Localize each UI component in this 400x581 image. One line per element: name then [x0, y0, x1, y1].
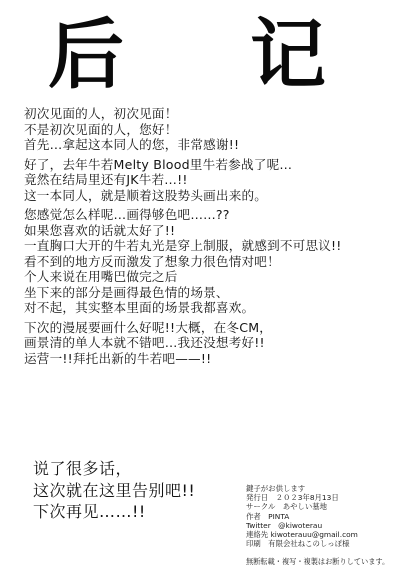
text-line: 运营一!!拜托出新的牛若吧——!! [24, 351, 394, 367]
farewell-message: 说了很多话， 这次就在这里告别吧!! 下次再见……!! [33, 458, 233, 523]
paragraph-greeting: 初次见面的人，初次见面！ 不是初次见面的人，您好！ 首先…拿起这本同人的您，非常… [24, 106, 394, 153]
text-line: 看不到的地方反而激发了想象力很色情对吧！ [24, 254, 394, 270]
colophon-publish-date: 発行日 ２０２3年8月13日 [246, 493, 396, 502]
colophon-printer: 印刷 有限会社ねこのしっぽ様 [246, 539, 396, 548]
text-line: 一直胸口大开的牛若丸光是穿上制服，就感到不可思议!! [24, 238, 394, 254]
text-line: 这一本同人，就是顺着这股势头画出来的。 [24, 188, 394, 204]
colophon-author: 作者 PINTA [246, 512, 396, 521]
colophon-line: 鍵子がお供します [246, 484, 396, 493]
text-line: 说了很多话， [33, 458, 233, 480]
text-line: 坐下来的部分是画得最色情的场景、 [24, 285, 394, 301]
text-line: 竟然在结局里还有JK牛若…!! [24, 172, 394, 188]
text-line: 下次再见……!! [33, 501, 233, 523]
colophon-contact: 連絡先 kiwoterauu@gmail.com [246, 530, 396, 539]
afterword-body: 初次见面的人，初次见面！ 不是初次见面的人，您好！ 首先…拿起这本同人的您，非常… [24, 106, 394, 370]
text-line: 这次就在这里告别吧!! [33, 480, 233, 502]
copyright-notice: 無断転載・複写・複製はお断りしています。 [246, 557, 389, 566]
text-line: 不是初次见面的人，您好！ [24, 122, 394, 138]
paragraph-next-event: 下次的漫展要画什么好呢!!大概，在冬CM， 画景清的单人本就不错吧…我还没想考好… [24, 320, 394, 367]
text-line: 您感觉怎么样呢…画得够色吧……?? [24, 207, 394, 223]
text-line: 好了，去年牛若Melty Blood里牛若参战了呢… [24, 157, 394, 173]
page-title-char-1: 后 [48, 10, 124, 100]
text-line: 画景清的单人本就不错吧…我还没想考好!! [24, 335, 394, 351]
text-line: 对不起，其实整本里面的场景我都喜欢。 [24, 300, 394, 316]
text-line: 个人来说在用嘴巴做完之后 [24, 269, 394, 285]
colophon: 鍵子がお供します 発行日 ２０２3年8月13日 サークル あやしい墓地 作者 P… [246, 484, 396, 548]
paragraph-impressions: 您感觉怎么样呢…画得够色吧……?? 如果您喜欢的话就太好了!! 一直胸口大开的牛… [24, 207, 394, 316]
paragraph-background: 好了，去年牛若Melty Blood里牛若参战了呢… 竟然在结局里还有JK牛若…… [24, 157, 394, 204]
text-line: 首先…拿起这本同人的您，非常感谢!! [24, 137, 394, 153]
text-line: 初次见面的人，初次见面！ [24, 106, 394, 122]
colophon-twitter: Twitter @kiwoterau [246, 521, 396, 530]
colophon-circle: サークル あやしい墓地 [246, 502, 396, 511]
page-title-char-2: 记 [250, 10, 326, 100]
text-line: 如果您喜欢的话就太好了!! [24, 223, 394, 239]
text-line: 下次的漫展要画什么好呢!!大概，在冬CM， [24, 320, 394, 336]
